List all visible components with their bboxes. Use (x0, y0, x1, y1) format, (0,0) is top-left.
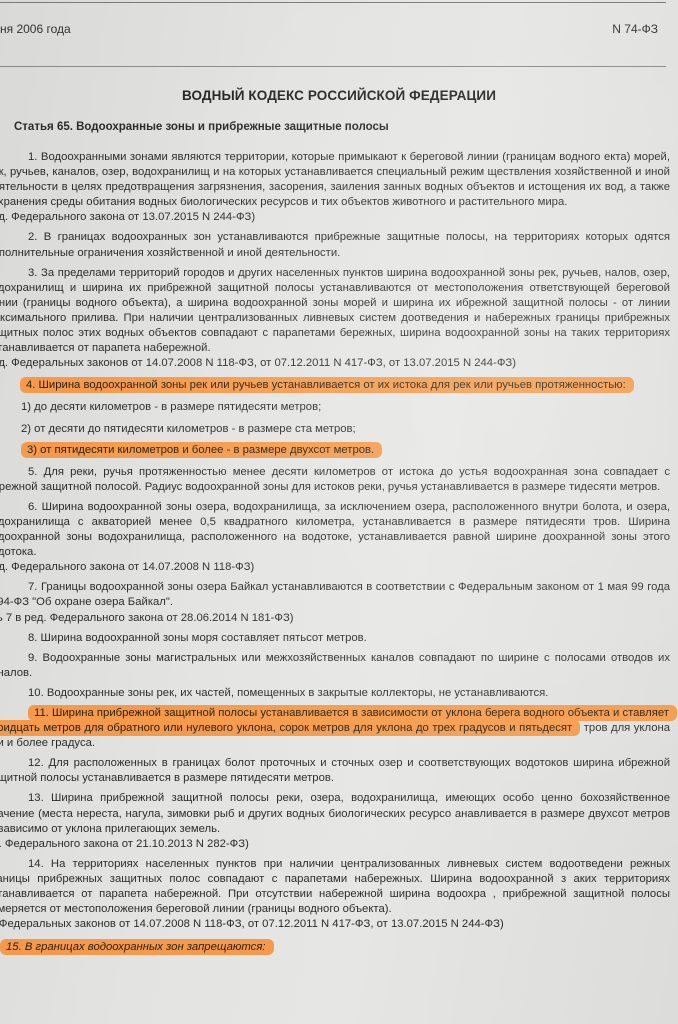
paragraph-4: 4. Ширина водоохранной зоны рек или ручь… (0, 378, 670, 393)
paragraph-3-ref: ред. Федеральных законов от 14.07.2008 N… (0, 356, 670, 371)
paragraph-3-text: 3. За пределами территорий городов и дру… (0, 267, 670, 354)
header-rule-bottom (0, 66, 666, 67)
paragraph-8: 8. Ширина водоохранной зоны моря составл… (0, 631, 670, 646)
highlight-paragraph-4-item-3: 3) от пятидесяти километров и более - в … (21, 442, 382, 458)
paragraph-7-text: 7. Границы водоохранной зоны озера Байка… (0, 581, 670, 608)
paragraph-15: 15. В границах водоохранных зон запрещаю… (0, 940, 670, 955)
paragraph-13-ref: ед. Федерального закона от 21.10.2013 N … (0, 837, 670, 852)
paragraph-1: 1. Водоохранными зонами являются террито… (0, 150, 670, 225)
paragraph-11: 11. Ширина прибрежной защитной полосы ус… (0, 706, 670, 751)
paragraph-4-item-3: 3) от пятидесяти километров и более - в … (0, 443, 670, 458)
header-rule-top (0, 2, 666, 3)
header-doc-number: N 74-ФЗ (612, 22, 658, 36)
document-title: ВОДНЫЙ КОДЕКС РОССИЙСКОЙ ФЕДЕРАЦИИ (0, 88, 678, 103)
highlight-paragraph-4: 4. Ширина водоохранной зоны рек или ручь… (20, 377, 634, 393)
paragraph-6: 6. Ширина водоохранной зоны озера, водох… (0, 500, 670, 575)
paragraph-2: 2. В границах водоохранных зон устанавли… (0, 230, 670, 260)
paragraph-4-item-2: 2) от десяти до пятидесяти километров - … (0, 422, 670, 437)
paragraph-1-text: 1. Водоохранными зонами являются террито… (0, 151, 670, 208)
paragraph-13-text: 13. Ширина прибрежной защитной полосы ре… (0, 792, 670, 834)
paragraph-3: 3. За пределами территорий городов и дру… (0, 266, 670, 372)
paragraph-14-ref: д. Федеральных законов от 14.07.2008 N 1… (0, 917, 670, 932)
paragraph-10: 10. Водоохранные зоны рек, их частей, по… (0, 686, 670, 701)
document-body: 1. Водоохранными зонами являются террито… (0, 150, 670, 961)
highlight-paragraph-15: 15. В границах водоохранных зон запрещаю… (0, 939, 274, 955)
paragraph-12: 12. Для расположенных в границах болот п… (0, 756, 670, 786)
paragraph-14: 14. На территориях населенных пунктов пр… (0, 857, 670, 932)
header-date: ня 2006 года (0, 22, 71, 36)
paragraph-5: 5. Для реки, ручья протяженностью менее … (0, 465, 670, 495)
paragraph-4-item-1: 1) до десяти километров - в размере пяти… (0, 400, 670, 415)
paragraph-9: 9. Водоохранные зоны магистральных или м… (0, 651, 670, 681)
paragraph-7-ref: сть 7 в ред. Федерального закона от 28.0… (0, 611, 670, 626)
article-heading: Статья 65. Водоохранные зоны и прибрежны… (14, 121, 389, 133)
paragraph-7: 7. Границы водоохранной зоны озера Байка… (0, 580, 670, 625)
highlight-paragraph-11: 11. Ширина прибрежной защитной полосы ус… (0, 705, 677, 736)
paragraph-6-ref: ред. Федерального закона от 14.07.2008 N… (0, 560, 670, 575)
paragraph-6-text: 6. Ширина водоохранной зоны озера, водох… (0, 501, 670, 558)
paragraph-1-ref: ред. Федерального закона от 13.07.2015 N… (0, 210, 670, 225)
paragraph-14-text: 14. На территориях населенных пунктов пр… (0, 858, 670, 915)
paragraph-13: 13. Ширина прибрежной защитной полосы ре… (0, 791, 670, 851)
